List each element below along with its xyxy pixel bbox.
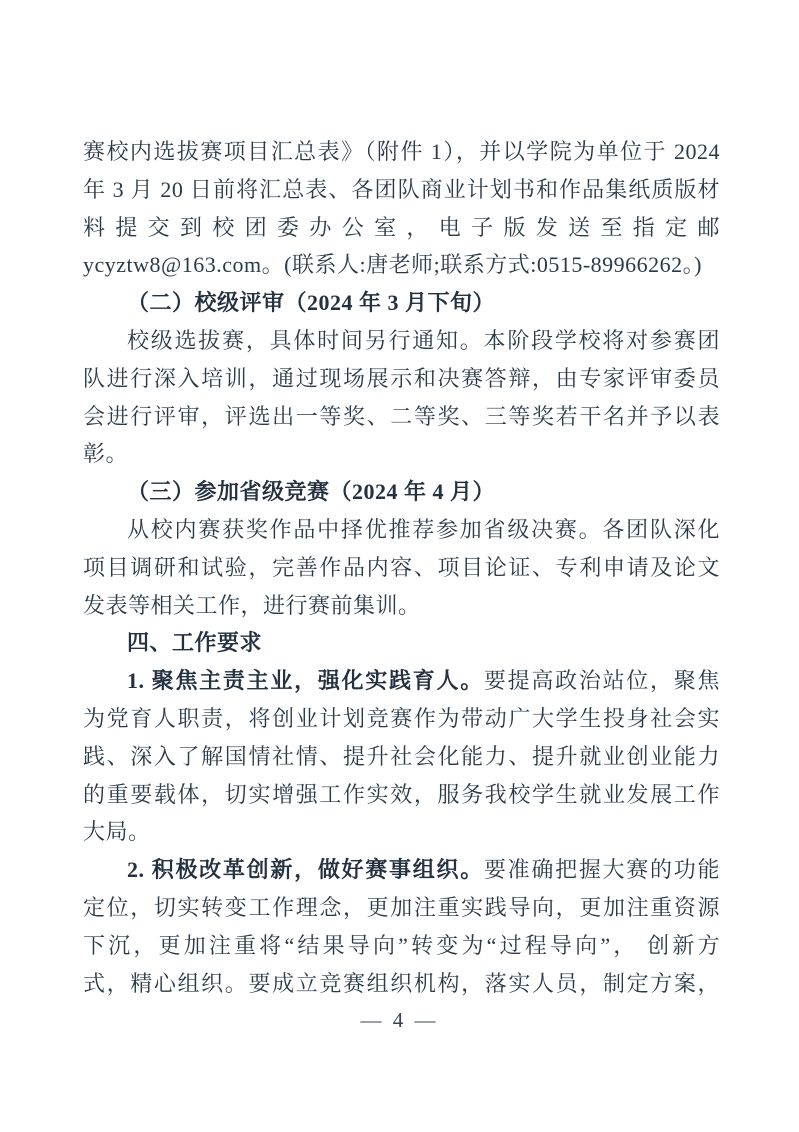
text-segment: 发表等相关工作，进行赛前集训。 bbox=[83, 593, 421, 618]
text-line: 下沉，更加注重将“结果导向”转变为“过程导向”， 创新方 bbox=[83, 927, 720, 965]
text-segment-bold: 2. 积极改革创新，做好赛事组织。 bbox=[127, 857, 484, 882]
text-line: 料提交到校团委办公室，电子版发送至指定邮 bbox=[83, 209, 720, 247]
text-segment: 践、深入了解国情社情、提升社会化能力、提升就业创业能力 bbox=[83, 744, 720, 769]
text-line: （二）校级评审（2024 年 3 月下旬） bbox=[83, 284, 720, 322]
text-line: 项目调研和试验，完善作品内容、项目论证、专利申请及论文 bbox=[83, 549, 720, 587]
text-segment: 项目调研和试验，完善作品内容、项目论证、专利申请及论文 bbox=[83, 555, 720, 580]
text-segment: 的重要载体，切实增强工作实效，服务我校学生就业发展工作 bbox=[83, 782, 720, 807]
text-segment: 大局。 bbox=[83, 819, 151, 844]
text-line: 校级选拔赛，具体时间另行通知。本阶段学校将对参赛团 bbox=[83, 322, 720, 360]
text-segment: 队进行深入培训，通过现场展示和决赛答辩，由专家评审委员 bbox=[83, 366, 720, 391]
text-line: 定位，切实转变工作理念，更加注重实践导向，更加注重资源 bbox=[83, 889, 720, 927]
document-body: 赛校内选拔赛项目汇总表》（附件 1），并以学院为单位于 2024年 3 月 20… bbox=[83, 133, 720, 1002]
text-line: 践、深入了解国情社情、提升社会化能力、提升就业创业能力 bbox=[83, 738, 720, 776]
page-number: — 4 — bbox=[0, 1008, 799, 1033]
text-segment: 要准确把握大赛的功能 bbox=[484, 857, 720, 882]
text-segment: 要提高政治站位，聚焦 bbox=[484, 668, 720, 693]
text-line: 从校内赛获奖作品中择优推荐参加省级决赛。各团队深化 bbox=[83, 511, 720, 549]
text-line: 年 3 月 20 日前将汇总表、各团队商业计划书和作品集纸质版材 bbox=[83, 171, 720, 209]
text-segment-bold: 四、工作要求 bbox=[127, 630, 262, 655]
text-line: 大局。 bbox=[83, 813, 720, 851]
text-segment: 为党育人职责，将创业计划竞赛作为带动广大学生投身社会实 bbox=[83, 706, 720, 731]
text-line: 队进行深入培训，通过现场展示和决赛答辩，由专家评审委员 bbox=[83, 360, 720, 398]
text-segment: 赛校内选拔赛项目汇总表》（附件 1），并以学院为单位于 2024 bbox=[83, 139, 720, 164]
text-segment-bold: 1. 聚焦主责主业，强化实践育人。 bbox=[127, 668, 484, 693]
text-line: 2. 积极改革创新，做好赛事组织。要准确把握大赛的功能 bbox=[83, 851, 720, 889]
text-line: ycyztw8@163.com。(联系人:唐老师;联系方式:0515-89966… bbox=[83, 246, 720, 284]
text-segment: 下沉，更加注重将“结果导向”转变为“过程导向”， 创新方 bbox=[83, 933, 720, 958]
text-line: 会进行评审，评选出一等奖、二等奖、三等奖若干名并予以表 bbox=[83, 398, 720, 436]
text-line: 赛校内选拔赛项目汇总表》（附件 1），并以学院为单位于 2024 bbox=[83, 133, 720, 171]
text-segment: 校级选拔赛，具体时间另行通知。本阶段学校将对参赛团 bbox=[127, 328, 720, 353]
text-line: 1. 聚焦主责主业，强化实践育人。要提高政治站位，聚焦 bbox=[83, 662, 720, 700]
text-line: 的重要载体，切实增强工作实效，服务我校学生就业发展工作 bbox=[83, 776, 720, 814]
text-segment: 定位，切实转变工作理念，更加注重实践导向，更加注重资源 bbox=[83, 895, 720, 920]
text-segment-bold: （二）校级评审（2024 年 3 月下旬） bbox=[127, 290, 495, 315]
text-segment-bold: （三）参加省级竞赛（2024 年 4 月） bbox=[127, 479, 495, 504]
document-page: 赛校内选拔赛项目汇总表》（附件 1），并以学院为单位于 2024年 3 月 20… bbox=[0, 0, 799, 1132]
text-segment: 会进行评审，评选出一等奖、二等奖、三等奖若干名并予以表 bbox=[83, 404, 720, 429]
text-line: 式，精心组织。要成立竞赛组织机构，落实人员，制定方案， bbox=[83, 965, 720, 1003]
text-segment: ycyztw8@163.com。(联系人:唐老师;联系方式:0515-89966… bbox=[83, 252, 702, 277]
text-line: 四、工作要求 bbox=[83, 624, 720, 662]
text-line: 为党育人职责，将创业计划竞赛作为带动广大学生投身社会实 bbox=[83, 700, 720, 738]
text-segment: 年 3 月 20 日前将汇总表、各团队商业计划书和作品集纸质版材 bbox=[83, 177, 720, 202]
text-line: 彰。 bbox=[83, 435, 720, 473]
text-segment: 料提交到校团委办公室，电子版发送至指定邮 bbox=[83, 215, 720, 240]
text-segment: 从校内赛获奖作品中择优推荐参加省级决赛。各团队深化 bbox=[127, 517, 720, 542]
text-line: 发表等相关工作，进行赛前集训。 bbox=[83, 587, 720, 625]
text-line: （三）参加省级竞赛（2024 年 4 月） bbox=[83, 473, 720, 511]
text-segment: 彰。 bbox=[83, 441, 128, 466]
text-segment: 式，精心组织。要成立竞赛组织机构，落实人员，制定方案， bbox=[83, 971, 720, 996]
